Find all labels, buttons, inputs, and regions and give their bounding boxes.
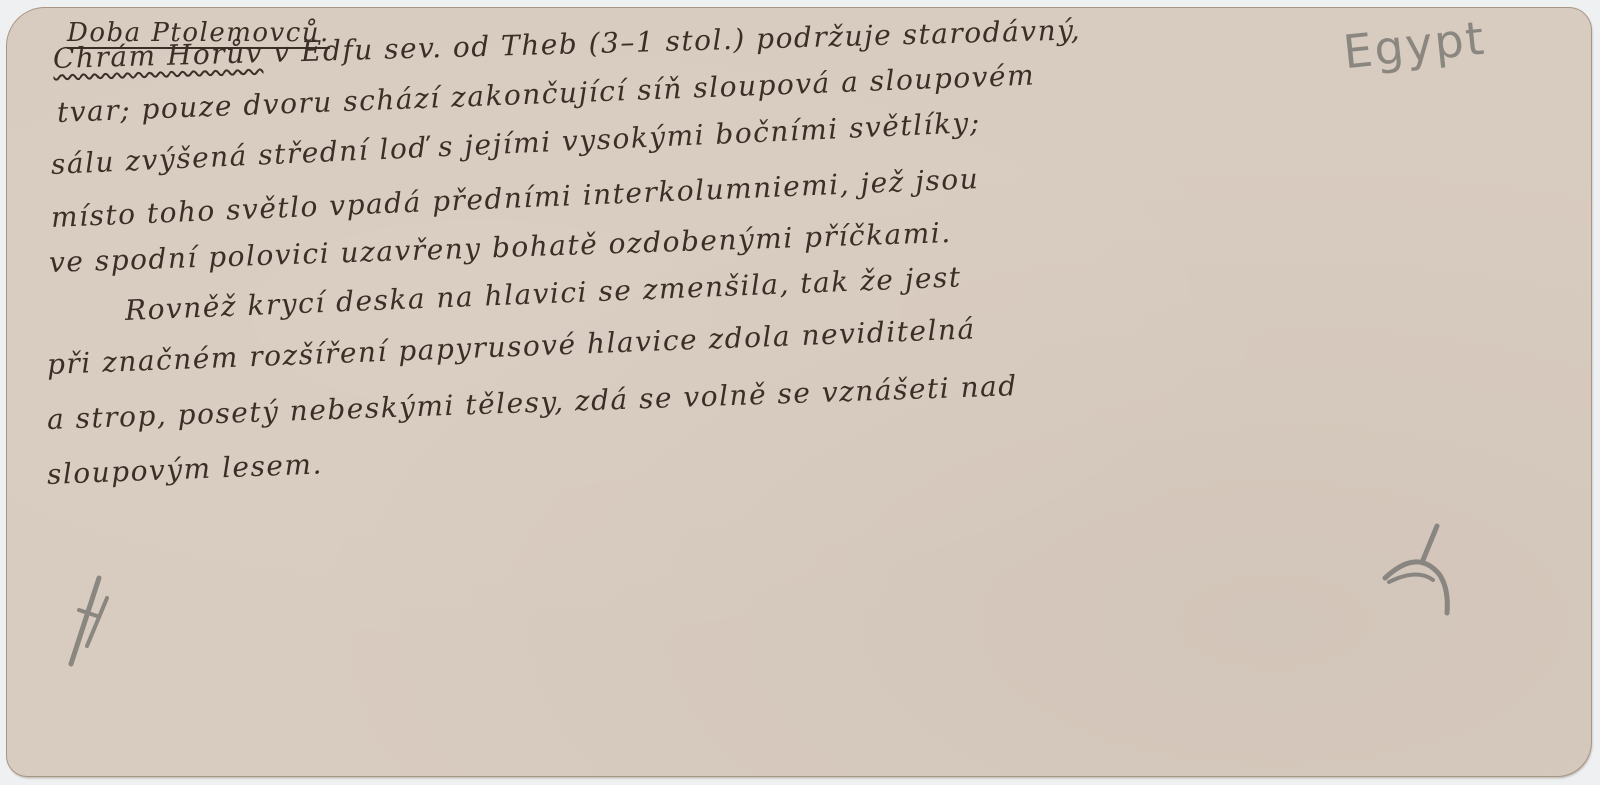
pencil-mark-bottom-right-icon bbox=[1377, 518, 1467, 618]
pencil-mark-bottom-left-icon bbox=[59, 568, 119, 668]
line-9-text: sloupovým lesem. bbox=[46, 447, 323, 491]
text-line-9: sloupovým lesem. bbox=[46, 447, 323, 491]
pencil-annotation-egypt: Egypt bbox=[1341, 11, 1489, 80]
text-line-8: a strop, posetý nebeskými tělesy, zdá se… bbox=[46, 369, 1018, 436]
line-8-text: a strop, posetý nebeskými tělesy, zdá se… bbox=[46, 369, 1018, 436]
temple-name: Chrám Horův bbox=[53, 36, 264, 75]
card: Doba Ptolemovců. Chrám Horův v Edfu sev.… bbox=[7, 8, 1591, 776]
